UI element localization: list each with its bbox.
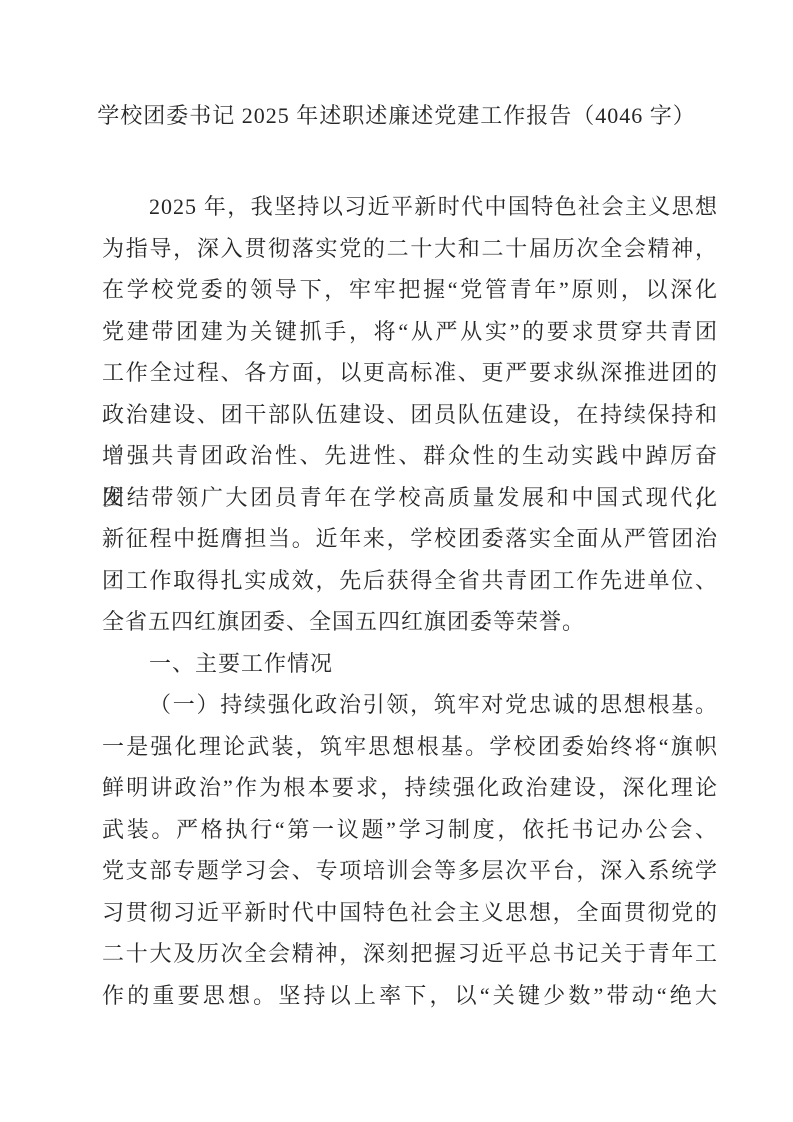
paragraph1-line: 工作全过程、各方面，以更高标准、更严要求纵深推进团的 (102, 352, 718, 394)
paragraph2-line: （一）持续强化政治引领，筑牢对党忠诚的思想根基。 (102, 684, 718, 726)
paragraph1-line: 2025 年，我坚持以习近平新时代中国特色社会主义思想 (102, 186, 718, 228)
document-title: 学校团委书记 2025 年述职述廉述党建工作报告（4046 字） (0, 101, 793, 131)
paragraph1-line: 增强共青团政治性、先进性、群众性的生动实践中踔厉奋发， (102, 435, 718, 477)
paragraph2-line: 武装。严格执行“第一议题”学习制度，依托书记办公会、 (102, 809, 718, 851)
paragraph1-line: 全省五四红旗团委、全国五四红旗团委等荣誉。 (102, 601, 718, 643)
paragraph1-line: 党建带团建为关键抓手，将“从严从实”的要求贯穿共青团 (102, 311, 718, 353)
paragraph1-line: 政治建设、团干部队伍建设、团员队伍建设，在持续保持和 (102, 394, 718, 436)
paragraph2-line: 党支部专题学习会、专项培训会等多层次平台，深入系统学 (102, 850, 718, 892)
document-body: 2025 年，我坚持以习近平新时代中国特色社会主义思想 为指导，深入贯彻落实党的… (102, 186, 718, 1016)
section-heading: 一、主要工作情况 (102, 643, 718, 685)
paragraph1-line: 为指导，深入贯彻落实党的二十大和二十届历次全会精神， (102, 228, 718, 270)
paragraph2-line: 作的重要思想。坚持以上率下，以“关键少数”带动“绝大 (102, 975, 718, 1017)
document-page: 学校团委书记 2025 年述职述廉述党建工作报告（4046 字） 2025 年，… (0, 0, 793, 1122)
paragraph1-line: 新征程中挺膺担当。近年来，学校团委落实全面从严管团治 (102, 518, 718, 560)
paragraph2-line: 习贯彻习近平新时代中国特色社会主义思想，全面贯彻党的 (102, 892, 718, 934)
paragraph1-line: 在学校党委的领导下，牢牢把握“党管青年”原则，以深化 (102, 269, 718, 311)
paragraph2-line: 鲜明讲政治”作为根本要求，持续强化政治建设，深化理论 (102, 767, 718, 809)
paragraph2-line: 二十大及历次全会精神，深刻把握习近平总书记关于青年工 (102, 933, 718, 975)
paragraph1-line: 团工作取得扎实成效，先后获得全省共青团工作先进单位、 (102, 560, 718, 602)
paragraph2-line: 一是强化理论武装，筑牢思想根基。学校团委始终将“旗帜 (102, 726, 718, 768)
paragraph1-line: 团结带领广大团员青年在学校高质量发展和中国式现代化 (102, 477, 718, 519)
